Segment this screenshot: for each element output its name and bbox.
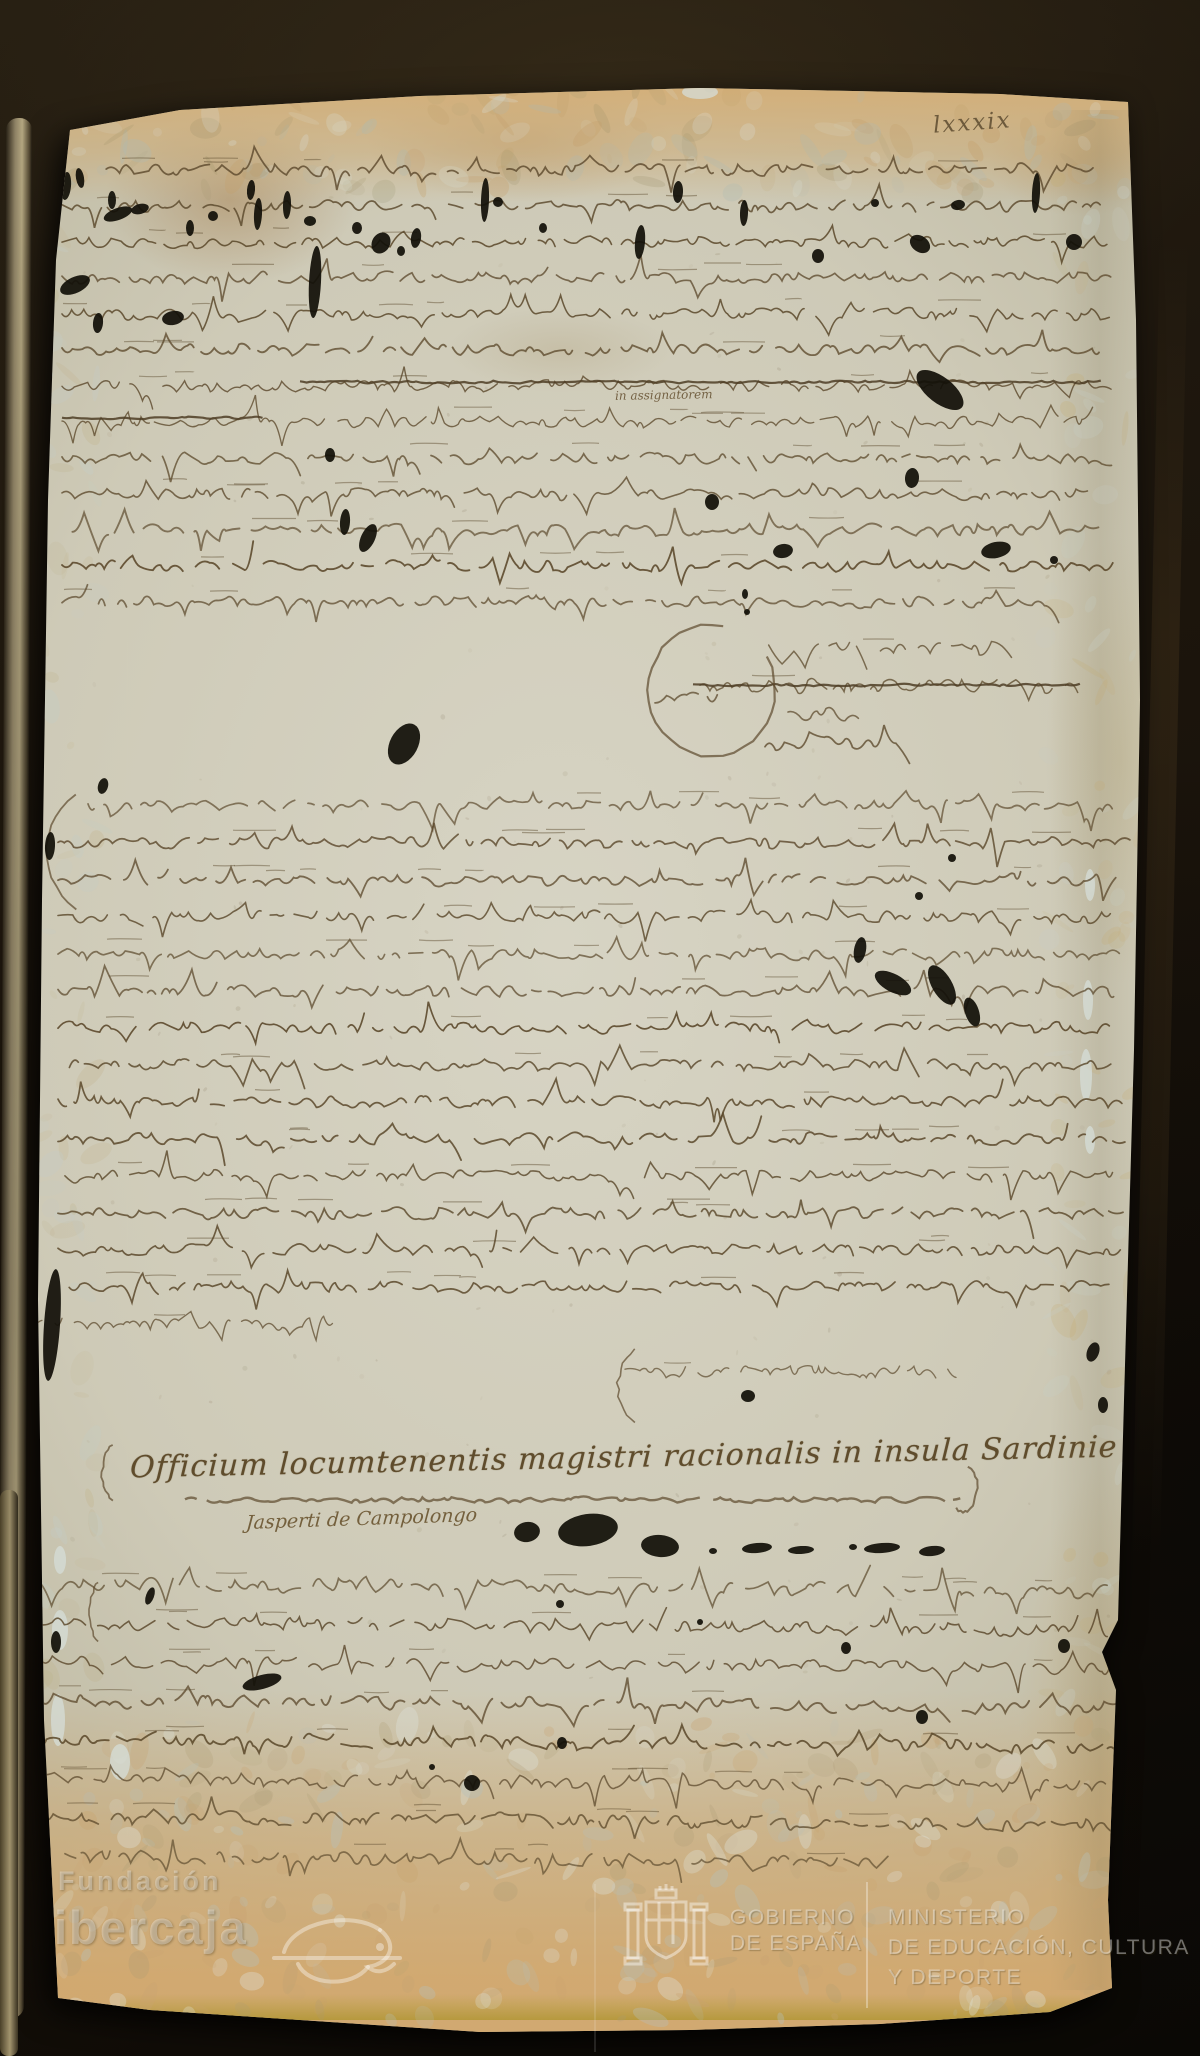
- archive-watermark-line1: Fundación: [58, 1866, 222, 1897]
- archive-watermark-logo-text: ibercaja: [54, 1900, 248, 1955]
- manuscript-photo: lxxxix in assignatorem Officium locumten…: [0, 0, 1200, 2056]
- folio-page-number: lxxxix: [932, 107, 1012, 138]
- interline-annotation: in assignatorem: [615, 387, 713, 403]
- mottle-texture: [24, 67, 1152, 2033]
- parchment-page-wrap: lxxxix in assignatorem Officium locumten…: [0, 0, 1200, 2056]
- handwriting-ink-layer: [0, 0, 1200, 2056]
- parchment-page: lxxxix in assignatorem Officium locumten…: [0, 0, 1200, 2056]
- ibercaja-logo-icon: [268, 1902, 413, 1994]
